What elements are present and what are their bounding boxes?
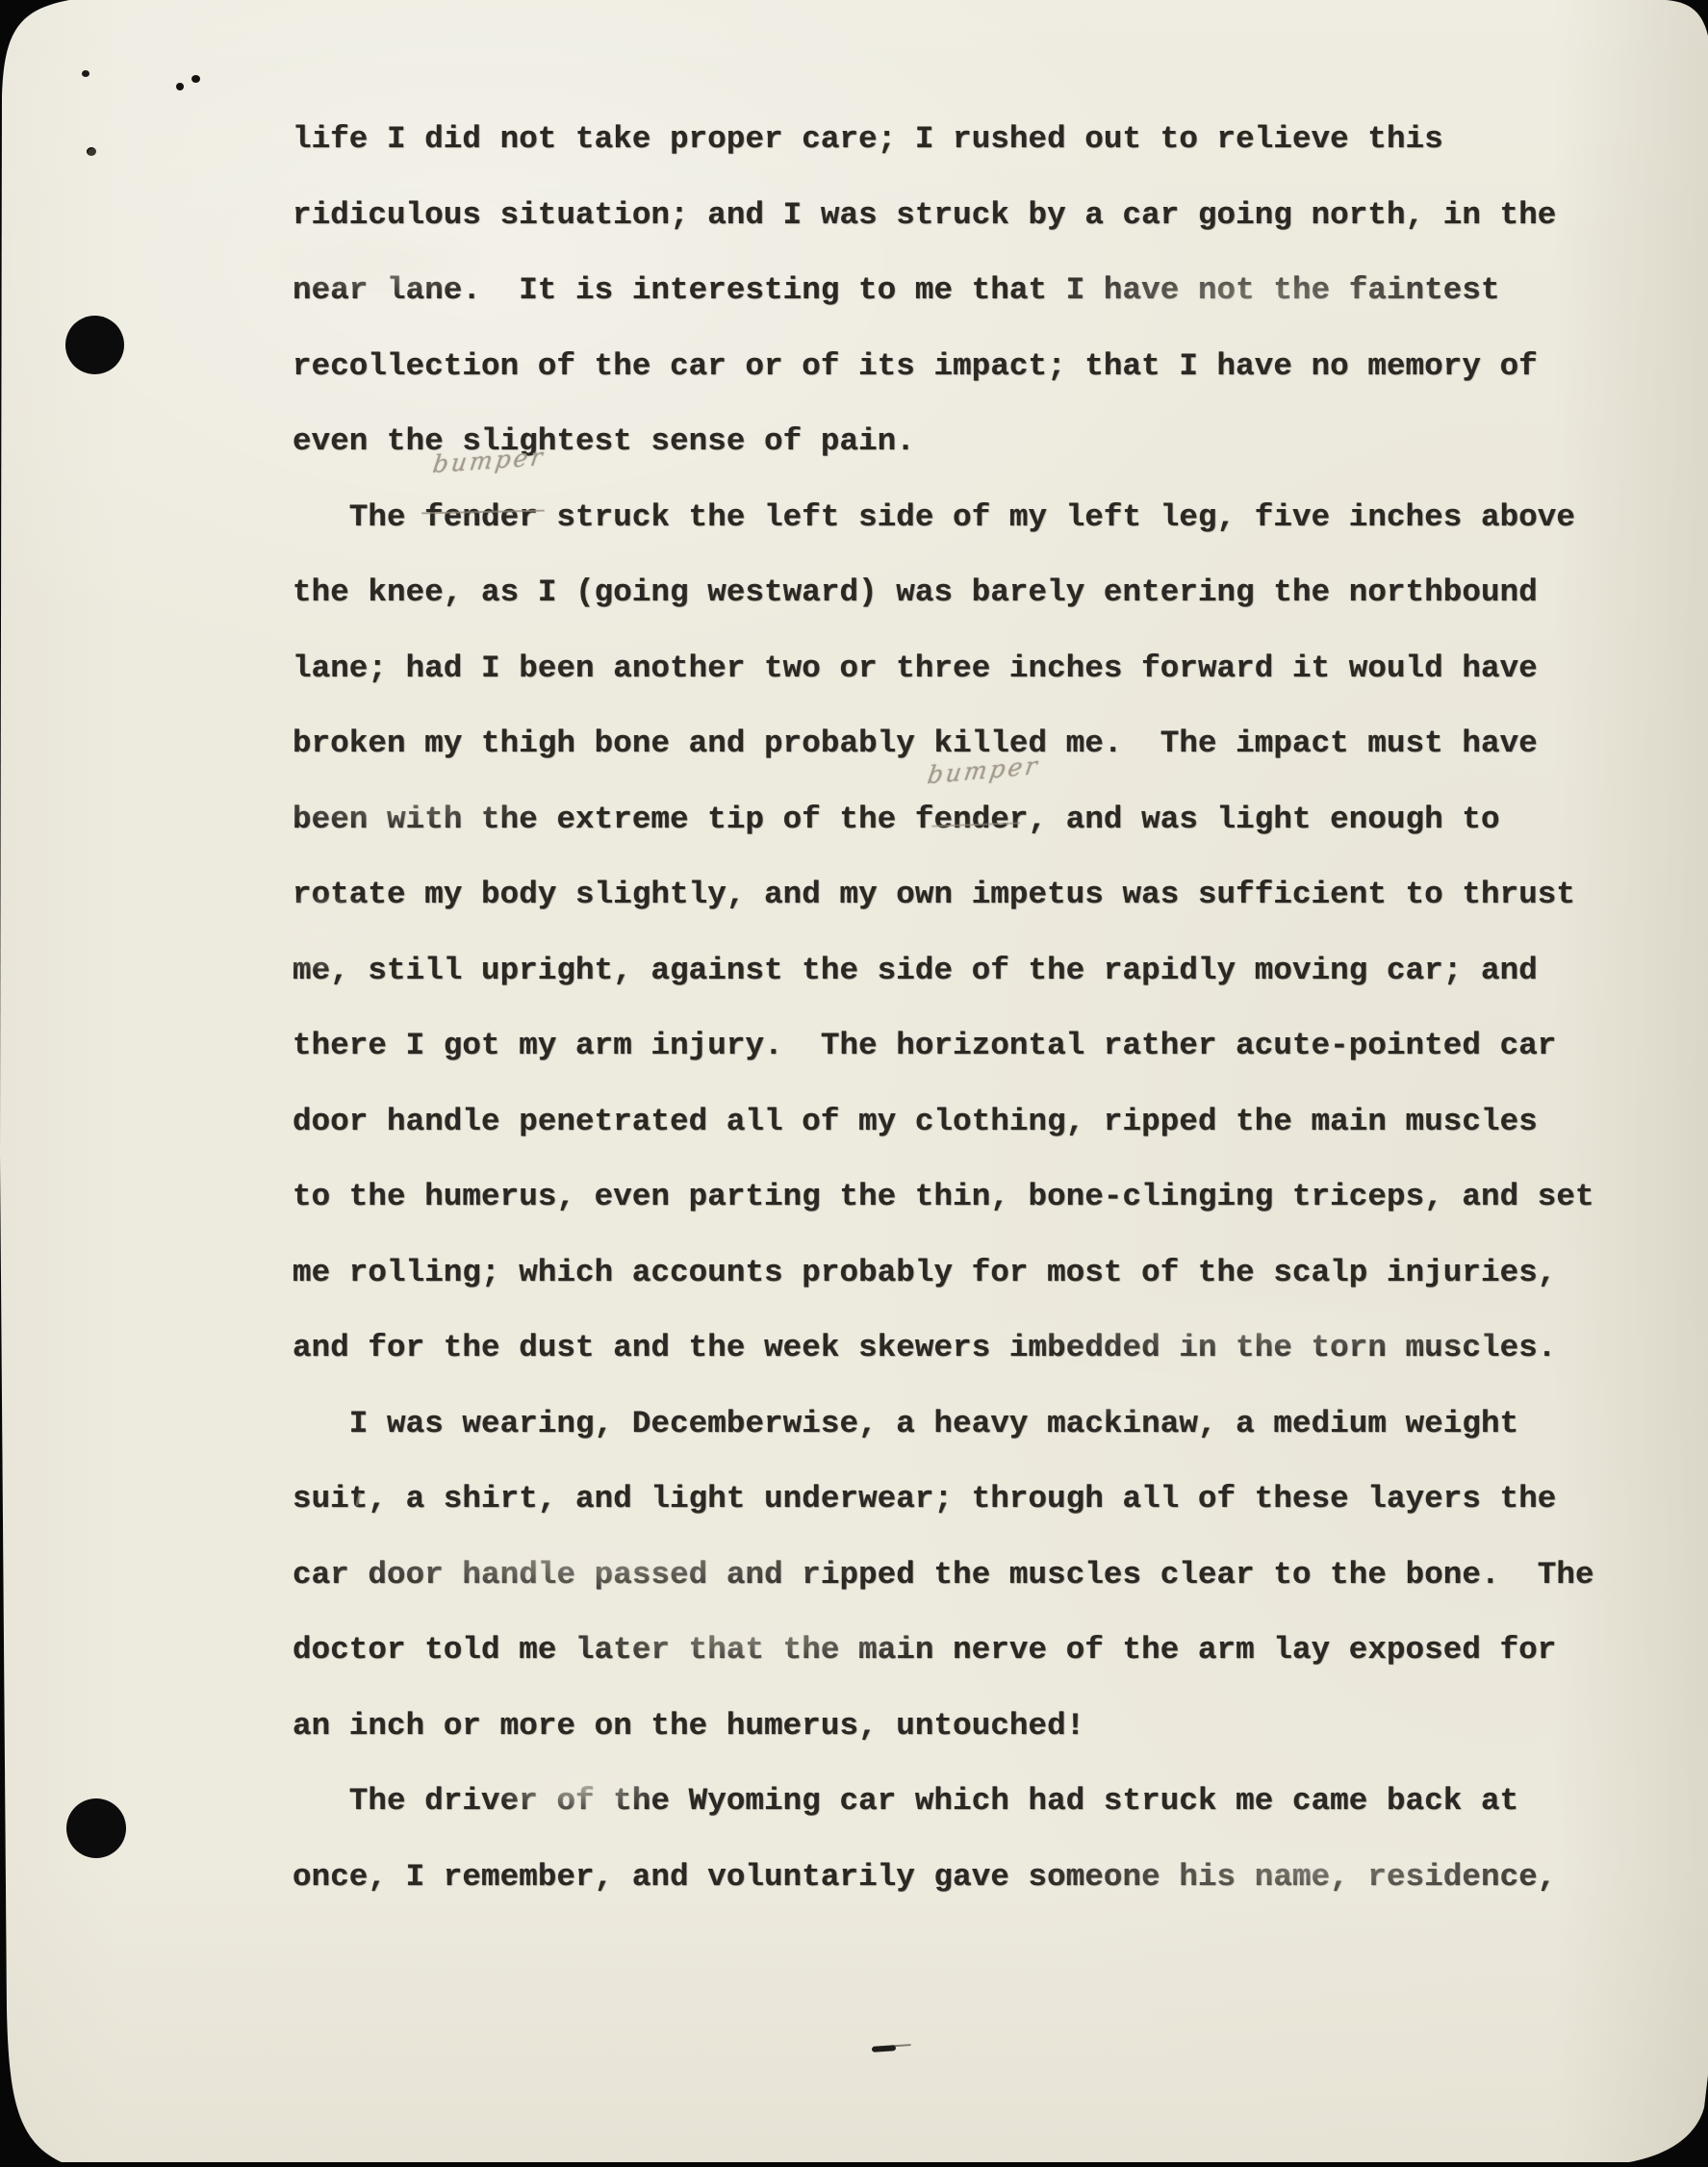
typed-line: door handle penetrated all of my clothin… bbox=[293, 1084, 1640, 1160]
typed-line: the knee, as I (going westward) was bare… bbox=[293, 555, 1640, 631]
typed-line: once, I remember, and voluntarily gave s… bbox=[293, 1840, 1640, 1916]
typed-line: to the humerus, even parting the thin, b… bbox=[293, 1160, 1640, 1236]
pin-hole-speck bbox=[191, 75, 200, 83]
typed-line: and for the dust and the week skewers im… bbox=[293, 1311, 1640, 1387]
typed-line: me rolling; which accounts probably for … bbox=[293, 1236, 1640, 1312]
typed-line: there I got my arm injury. The horizonta… bbox=[293, 1008, 1640, 1084]
typed-line: near lane. It is interesting to me that … bbox=[293, 253, 1640, 329]
ink-dash-mark bbox=[872, 2045, 896, 2052]
punch-hole-bottom bbox=[66, 1798, 126, 1858]
typed-line: me, still upright, against the side of t… bbox=[293, 933, 1640, 1009]
pin-hole-speck bbox=[82, 70, 89, 77]
typed-line: doctor told me later that the main nerve… bbox=[293, 1613, 1640, 1689]
typed-line: lane; had I been another two or three in… bbox=[293, 631, 1640, 707]
typed-line: suit, a shirt, and light underwear; thro… bbox=[293, 1462, 1640, 1538]
typed-line: rotate my body slightly, and my own impe… bbox=[293, 857, 1640, 933]
typed-line: The driver of the Wyoming car which had … bbox=[293, 1764, 1640, 1840]
typed-line: life I did not take proper care; I rushe… bbox=[293, 102, 1640, 178]
typed-line: car door handle passed and ripped the mu… bbox=[293, 1538, 1640, 1614]
document-page: life I did not take proper care; I rushe… bbox=[0, 0, 1708, 2167]
pin-hole-speck bbox=[87, 147, 96, 156]
typed-line: an inch or more on the humerus, untouche… bbox=[293, 1689, 1640, 1765]
typed-line: been with the extreme tip of the fender,… bbox=[293, 782, 1640, 858]
typed-text-block: life I did not take proper care; I rushe… bbox=[293, 102, 1640, 1915]
typed-line: I was wearing, Decemberwise, a heavy mac… bbox=[293, 1387, 1640, 1463]
scan-background: { "page": { "lines": [ "life I did not t… bbox=[0, 0, 1708, 2167]
typed-line: The fender struck the left side of my le… bbox=[293, 480, 1640, 556]
punch-hole-top bbox=[65, 316, 124, 374]
typed-line: ridiculous situation; and I was struck b… bbox=[293, 178, 1640, 254]
typed-line: recollection of the car or of its impact… bbox=[293, 329, 1640, 405]
pin-hole-speck bbox=[176, 83, 184, 90]
